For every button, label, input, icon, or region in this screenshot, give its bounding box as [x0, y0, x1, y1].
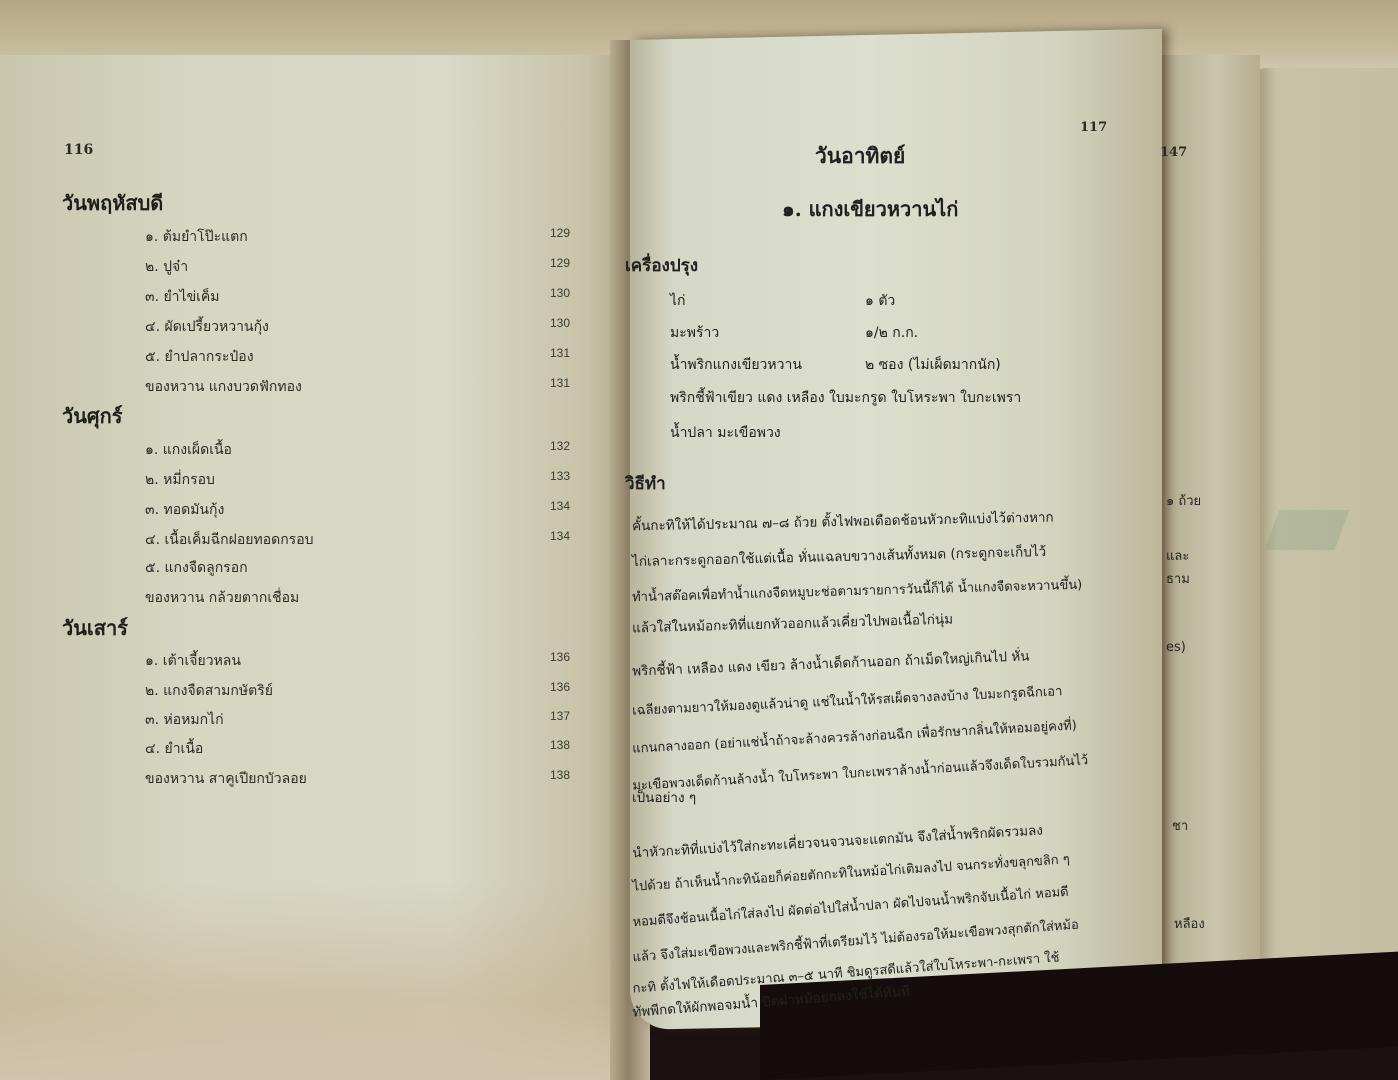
toc-page-number: 130 — [550, 316, 570, 338]
toc-label: ๑. ต้มยำโป๊ะแตก — [145, 226, 248, 248]
toc-label: ๒. ปูจ๋า — [145, 256, 188, 278]
ingredient-qty: ๑/๒ ก.ก. — [865, 322, 918, 344]
toc-entry: ๕. ยำปลากระป๋อง131 — [145, 346, 570, 368]
toc-label: ๓. ทอดมันกุ้ง — [145, 499, 224, 521]
toc-page-number: 129 — [550, 256, 570, 278]
text-fragment: และ — [1166, 545, 1189, 566]
toc-page-number: 136 — [550, 680, 570, 702]
toc-entry: ๒. ปูจ๋า129 — [145, 256, 570, 278]
toc-label: ๔. ยำเนื้อ — [145, 738, 203, 760]
toc-label: ๑. เต้าเจี้ยวหลน — [145, 650, 241, 672]
text-fragment: ธาม — [1166, 568, 1190, 589]
toc-page-number: 129 — [550, 226, 570, 248]
left-page-shadow — [0, 880, 640, 1080]
section-heading-friday: วันศุกร์ — [62, 400, 122, 432]
toc-page-number: 138 — [550, 738, 570, 760]
toc-page-number: 137 — [550, 709, 570, 731]
underlying-page-number: 147 — [1160, 145, 1187, 160]
toc-entry: ๒. แกงจืดสามกษัตริย์136 — [145, 680, 570, 702]
toc-entry: ๑. เต้าเจี้ยวหลน136 — [145, 650, 570, 672]
text-fragment: es) — [1166, 640, 1186, 655]
method-heading: วิธีทำ — [625, 470, 666, 497]
toc-entry: ๓. ห่อหมกไก่137 — [145, 709, 570, 731]
toc-label: ๕. ยำปลากระป๋อง — [145, 346, 254, 368]
ingredient-name: ไก่ — [670, 290, 686, 312]
ingredient-name: น้ำพริกแกงเขียวหวาน — [670, 354, 802, 376]
method-line: เป็นอย่าง ๆ — [632, 786, 696, 808]
toc-entry: ๕. แกงจืดลูกรอก — [145, 557, 570, 579]
toc-page-number: 131 — [550, 376, 570, 398]
toc-label: ๓. ห่อหมกไก่ — [145, 709, 224, 731]
book-spread-photo: 116 วันพฤหัสบดี ๑. ต้มยำโป๊ะแตก129 ๒. ปู… — [0, 0, 1398, 1080]
toc-label: ๑. แกงเผ็ดเนื้อ — [145, 439, 232, 461]
toc-label: ของหวาน กล้วยตากเชื่อม — [145, 587, 299, 609]
toc-page-number: 136 — [550, 650, 570, 672]
toc-page-number: 133 — [550, 469, 570, 491]
dish-title: ๑. แกงเขียวหวานไก่ — [782, 193, 958, 225]
ingredients-heading: เครื่องปรุง — [625, 252, 698, 279]
toc-entry: ๓. ยำไข่เค็ม130 — [145, 286, 570, 308]
toc-entry: ของหวาน แกงบวดฟักทอง131 — [145, 376, 570, 398]
toc-entry: ของหวาน สาคูเปียกบัวลอย138 — [145, 768, 570, 790]
ingredient-qty: ๒ ซอง (ไม่เผ็ดมากนัก) — [865, 354, 1001, 376]
text-fragment: หลือง — [1174, 913, 1205, 934]
toc-label: ๓. ยำไข่เค็ม — [145, 286, 220, 308]
toc-label: ของหวาน สาคูเปียกบัวลอย — [145, 768, 307, 790]
toc-entry: ๑. ต้มยำโป๊ะแตก129 — [145, 226, 570, 248]
toc-entry: ๔. ผัดเปรี้ยวหวานกุ้ง130 — [145, 316, 570, 338]
section-heading-saturday: วันเสาร์ — [62, 612, 128, 644]
toc-page-number: 131 — [550, 346, 570, 368]
toc-label: ของหวาน แกงบวดฟักทอง — [145, 376, 302, 398]
toc-page-number: 134 — [550, 499, 570, 521]
toc-page-number: 130 — [550, 286, 570, 308]
faint-stamp-mark — [1265, 510, 1350, 550]
ingredient-qty: ๑ ตัว — [865, 290, 895, 312]
ingredient-extra-line: พริกชี้ฟ้าเขียว แดง เหลือง ใบมะกรูด ใบโห… — [670, 387, 1021, 409]
day-title: วันอาทิตย์ — [815, 140, 905, 173]
ingredient-extra-line: น้ำปลา มะเขือพวง — [670, 422, 781, 444]
toc-page-number: 134 — [550, 529, 570, 551]
toc-page-number: 132 — [550, 439, 570, 461]
right-page-number: 117 — [1080, 120, 1107, 135]
toc-entry: ๔. เนื้อเค็มฉีกฝอยทอดกรอบ134 — [145, 529, 570, 551]
toc-page-number: 138 — [550, 768, 570, 790]
section-heading-thursday: วันพฤหัสบดี — [62, 187, 163, 219]
toc-entry: ๒. หมี่กรอบ133 — [145, 469, 570, 491]
toc-label: ๕. แกงจืดลูกรอก — [145, 557, 248, 579]
text-fragment: ชา — [1172, 815, 1188, 836]
toc-entry: ๓. ทอดมันกุ้ง134 — [145, 499, 570, 521]
left-page-number: 116 — [64, 142, 93, 158]
ingredient-name: มะพร้าว — [670, 322, 719, 344]
toc-label: ๒. หมี่กรอบ — [145, 469, 215, 491]
toc-entry: ๔. ยำเนื้อ138 — [145, 738, 570, 760]
text-fragment: ๑ ถ้วย — [1166, 490, 1201, 511]
underlying-page-147 — [1150, 55, 1260, 995]
toc-label: ๔. เนื้อเค็มฉีกฝอยทอดกรอบ — [145, 529, 314, 551]
toc-label: ๒. แกงจืดสามกษัตริย์ — [145, 680, 273, 702]
toc-entry: ๑. แกงเผ็ดเนื้อ132 — [145, 439, 570, 461]
toc-entry: ของหวาน กล้วยตากเชื่อม — [145, 587, 570, 609]
toc-label: ๔. ผัดเปรี้ยวหวานกุ้ง — [145, 316, 269, 338]
